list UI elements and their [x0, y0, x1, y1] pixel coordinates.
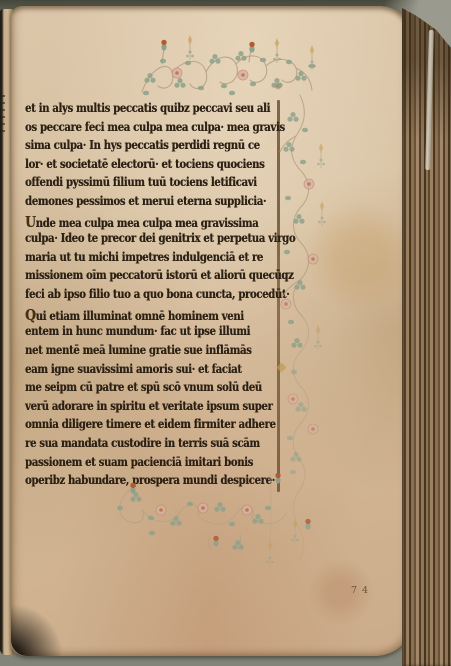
- manuscript-line: os peccare feci mea culpa mea culpa· mea…: [25, 120, 240, 139]
- manuscript-line: Qui etiam illuminat omnē hominem veni: [25, 306, 240, 325]
- manuscript-line: operibz habundare, prospera mundi despic…: [25, 473, 240, 492]
- manuscript-line: missionem oīm peccatorū istorū et aliorū…: [25, 268, 240, 287]
- bottom-left-shadow: [11, 600, 63, 656]
- manuscript-line: culpa· Ideo te precor dei genitrix et pe…: [25, 231, 240, 250]
- manuscript-line: omnia diligere timere et eidem firmiter …: [25, 417, 240, 436]
- facing-page-text-specks: [1, 95, 5, 135]
- manuscript-text-block: et in alys multis peccatis quibz peccavi…: [25, 101, 281, 493]
- manuscript-line: et in alys multis peccatis quibz peccavi…: [25, 101, 240, 120]
- manuscript-line: entem in hunc mundum· fac ut ipse illumi: [25, 324, 240, 343]
- manuscript-line: sima culpa· In hys peccatis perdidi regn…: [25, 138, 240, 157]
- manuscript-line: me seipm cū patre et spū scō vnum solū d…: [25, 380, 240, 399]
- manuscript-line: re sua mandata custodire in terris suā s…: [25, 436, 240, 455]
- manuscript-line: eam igne suavissimi amoris sui· et facia…: [25, 362, 240, 381]
- manuscript-photo: et in alys multis peccatis quibz peccavi…: [0, 0, 451, 666]
- manuscript-line: net mentē meā lumine gratie sue inflāmās: [25, 343, 240, 362]
- manuscript-line: feci ab ipso filio tuo a quo bona cuncta…: [25, 287, 240, 306]
- manuscript-line: Unde mea culpa mea culpa mea gravissima: [25, 213, 240, 232]
- manuscript-line: demones pessimos et merui eterna supplic…: [25, 194, 240, 213]
- manuscript-line: offendi pyssimū filium tuū tociens letif…: [25, 175, 240, 194]
- manuscript-line: passionem et suam pacienciā imitari boni…: [25, 455, 240, 474]
- manuscript-line: maria ut tu michi impetres indulgenciā e…: [25, 250, 240, 269]
- manuscript-line: lor· et societatē electorū· et tociens q…: [25, 157, 240, 176]
- manuscript-line: verū adorare in spiritu et veritate ipsu…: [25, 399, 240, 418]
- page-number: 74: [351, 585, 373, 596]
